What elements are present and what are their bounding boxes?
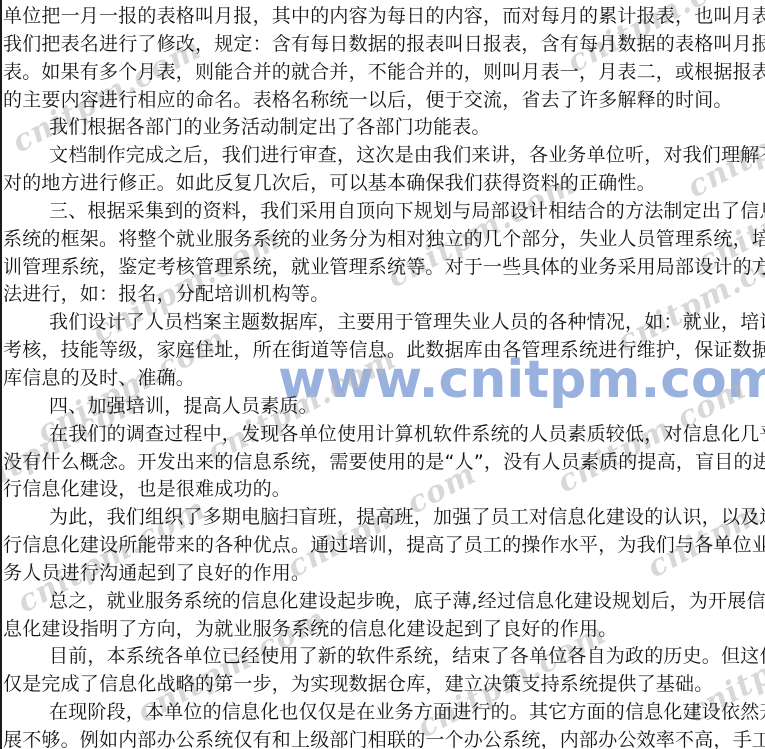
- text-line: 表。如果有多个月表，则能合并的就合并，不能合并的，则叫月表一，月表二，或根据报表: [0, 59, 765, 87]
- text-line: 务人员进行沟通起到了良好的作用。: [0, 560, 765, 588]
- text-line: 总之，就业服务系统的信息化建设起步晚，底子薄,经过信息化建设规划后，为开展信: [0, 588, 765, 616]
- text-line: 行信息化建设，也是很难成功的。: [0, 476, 765, 504]
- text-line: 对的地方进行修正。如此反复几次后，可以基本确保我们获得资料的正确性。: [0, 170, 765, 198]
- text-line: 为此，我们组织了多期电脑扫盲班，提高班，加强了员工对信息化建设的认识，以及进: [0, 504, 765, 532]
- text-line: 目前，本系统各单位已经使用了新的软件系统，结束了各单位各自为政的历史。但这仅: [0, 643, 765, 671]
- text-line: 四、加强培训，提高人员素质。: [0, 393, 765, 421]
- text-line: 仅是完成了信息化战略的第一步，为实现数据仓库，建立决策支持系统提供了基础。: [0, 671, 765, 699]
- text-line: 我们根据各部门的业务活动制定出了各部门功能表。: [0, 114, 765, 142]
- text-line: 训管理系统，鉴定考核管理系统，就业管理系统等。对于一些具体的业务采用局部设计的方: [0, 254, 765, 282]
- text-line: 三、根据采集到的资料，我们采用自顶向下规划与局部设计相结合的方法制定出了信息: [0, 198, 765, 226]
- text-line: 展不够。例如内部办公系统仅有和上级部门相联的一个办公系统，内部办公效率不高，手工: [0, 727, 765, 749]
- page-left-border: [0, 0, 2, 749]
- text-line: 单位把一月一报的表格叫月报，其中的内容为每日的内容，而对每月的累计报表，也叫月表…: [0, 3, 765, 31]
- text-line: 没有什么概念。开发出来的信息系统，需要使用的是“人”，没有人员素质的提高，盲目的…: [0, 449, 765, 477]
- text-line: 行信息化建设所能带来的各种优点。通过培训，提高了员工的操作水平，为我们与各单位业: [0, 532, 765, 560]
- text-line: 我们设计了人员档案主题数据库，主要用于管理失业人员的各种情况，如：就业，培训，: [0, 309, 765, 337]
- text-line: 在现阶段，本单位的信息化也仅仅是在业务方面进行的。其它方面的信息化建设依然开: [0, 699, 765, 727]
- text-line: 的主要内容进行相应的命名。表格名称统一以后，便于交流，省去了许多解释的时间。: [0, 87, 765, 115]
- text-line: 库信息的及时、准确。: [0, 365, 765, 393]
- text-line: 法进行，如：报名，分配培训机构等。: [0, 281, 765, 309]
- text-line: 系统的框架。将整个就业服务系统的业务分为相对独立的几个部分，失业人员管理系统，培: [0, 226, 765, 254]
- document-page: www.cnitpm.com cnitpm.comcnitpm.comcnitp…: [0, 0, 765, 749]
- text-line: 文档制作完成之后，我们进行审查，这次是由我们来讲，各业务单位听，对我们理解不: [0, 142, 765, 170]
- document-text: 单位把一月一报的表格叫月报，其中的内容为每日的内容，而对每月的累计报表，也叫月表…: [0, 3, 765, 749]
- text-line: 在我们的调查过程中，发现各单位使用计算机软件系统的人员素质较低，对信息化几乎: [0, 421, 765, 449]
- text-line: 我们把表名进行了修改，规定：含有每日数据的报表叫日报表，含有每月数据的表格叫月报: [0, 31, 765, 59]
- text-line: 考核，技能等级，家庭住址，所在街道等信息。此数据库由各管理系统进行维护，保证数据: [0, 337, 765, 365]
- text-line: 息化建设指明了方向，为就业服务系统的信息化建设起到了良好的作用。: [0, 616, 765, 644]
